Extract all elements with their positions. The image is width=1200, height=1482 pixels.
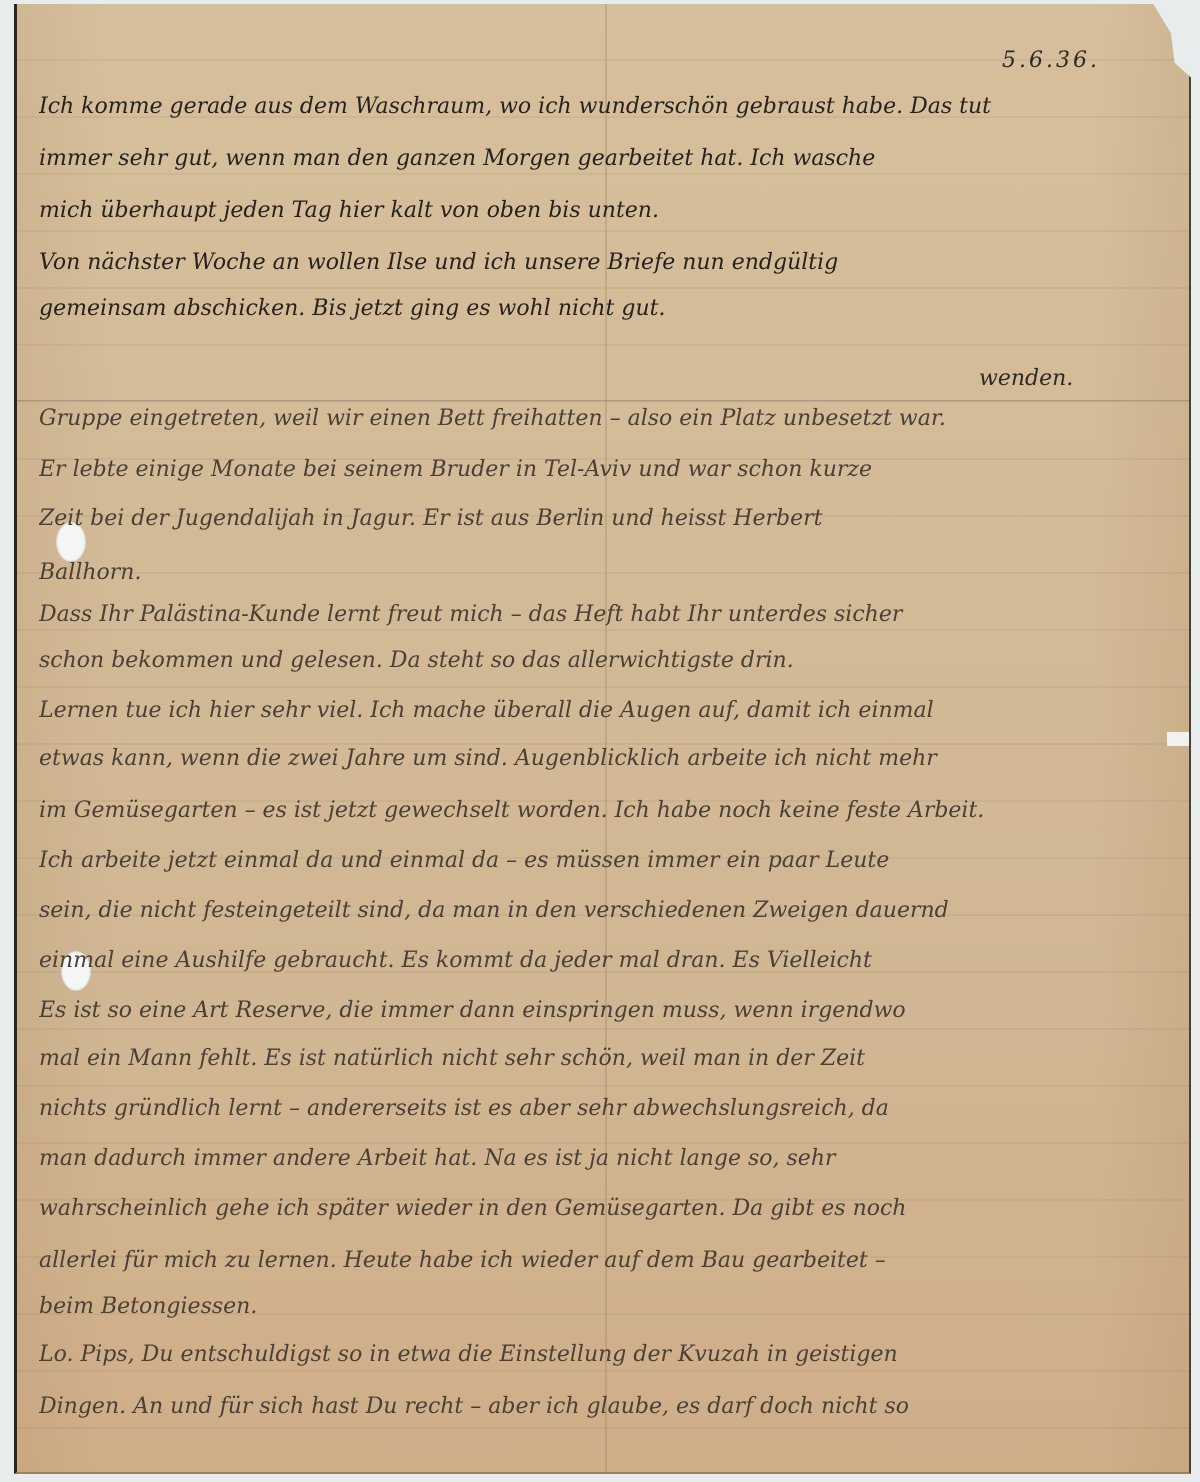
paper-fold [17, 400, 1189, 403]
letter-line: Lo. Pips, Du entschuldigst so in etwa di… [39, 1340, 1159, 1370]
letter-line: Ich arbeite jetzt einmal da und einmal d… [39, 846, 1159, 876]
letter-line: Lernen tue ich hier sehr viel. Ich mache… [39, 696, 1159, 726]
letter-line: nichts gründlich lernt – andererseits is… [39, 1094, 1159, 1124]
letter-line: Von nächster Woche an wollen Ilse und ic… [39, 248, 1159, 278]
letter-date: 5.6.36. [1002, 48, 1100, 73]
letter-line: Dass Ihr Palästina-Kunde lernt freut mic… [39, 600, 1159, 630]
letter-page: 5.6.36. Ich komme gerade aus dem Waschra… [14, 4, 1191, 1474]
letter-line: allerlei für mich zu lernen. Heute habe … [39, 1246, 1159, 1276]
letter-line: wahrscheinlich gehe ich später wieder in… [39, 1194, 1159, 1224]
letter-line: immer sehr gut, wenn man den ganzen Morg… [39, 144, 1159, 174]
letter-line: Zeit bei der Jugendalijah in Jagur. Er i… [39, 504, 1159, 534]
paper-tear [1167, 732, 1189, 746]
letter-line: Ich komme gerade aus dem Waschraum, wo i… [39, 92, 1159, 122]
letter-line: sein, die nicht festeingeteilt sind, da … [39, 896, 1159, 926]
letter-line: schon bekommen und gelesen. Da steht so … [39, 646, 1159, 676]
letter-line: einmal eine Aushilfe gebraucht. Es kommt… [39, 946, 1159, 976]
letter-line: mich überhaupt jeden Tag hier kalt von o… [39, 196, 1159, 226]
letter-line: beim Betongiessen. [39, 1292, 1159, 1322]
letter-line: Er lebte einige Monate bei seinem Bruder… [39, 455, 1159, 485]
letter-line: mal ein Mann fehlt. Es ist natürlich nic… [39, 1044, 1159, 1074]
letter-line: gemeinsam abschicken. Bis jetzt ging es … [39, 294, 1159, 324]
letter-line: Dingen. An und für sich hast Du recht – … [39, 1392, 1159, 1422]
page-turn-note: wenden. [979, 366, 1073, 391]
letter-line: Ballhorn. [39, 558, 1159, 588]
letter-line: Gruppe eingetreten, weil wir einen Bett … [39, 404, 1159, 434]
letter-line: Es ist so eine Art Reserve, die immer da… [39, 996, 1159, 1026]
letter-line: etwas kann, wenn die zwei Jahre um sind.… [39, 744, 1159, 774]
letter-line: man dadurch immer andere Arbeit hat. Na … [39, 1144, 1159, 1174]
letter-line: im Gemüsegarten – es ist jetzt gewechsel… [39, 796, 1159, 826]
